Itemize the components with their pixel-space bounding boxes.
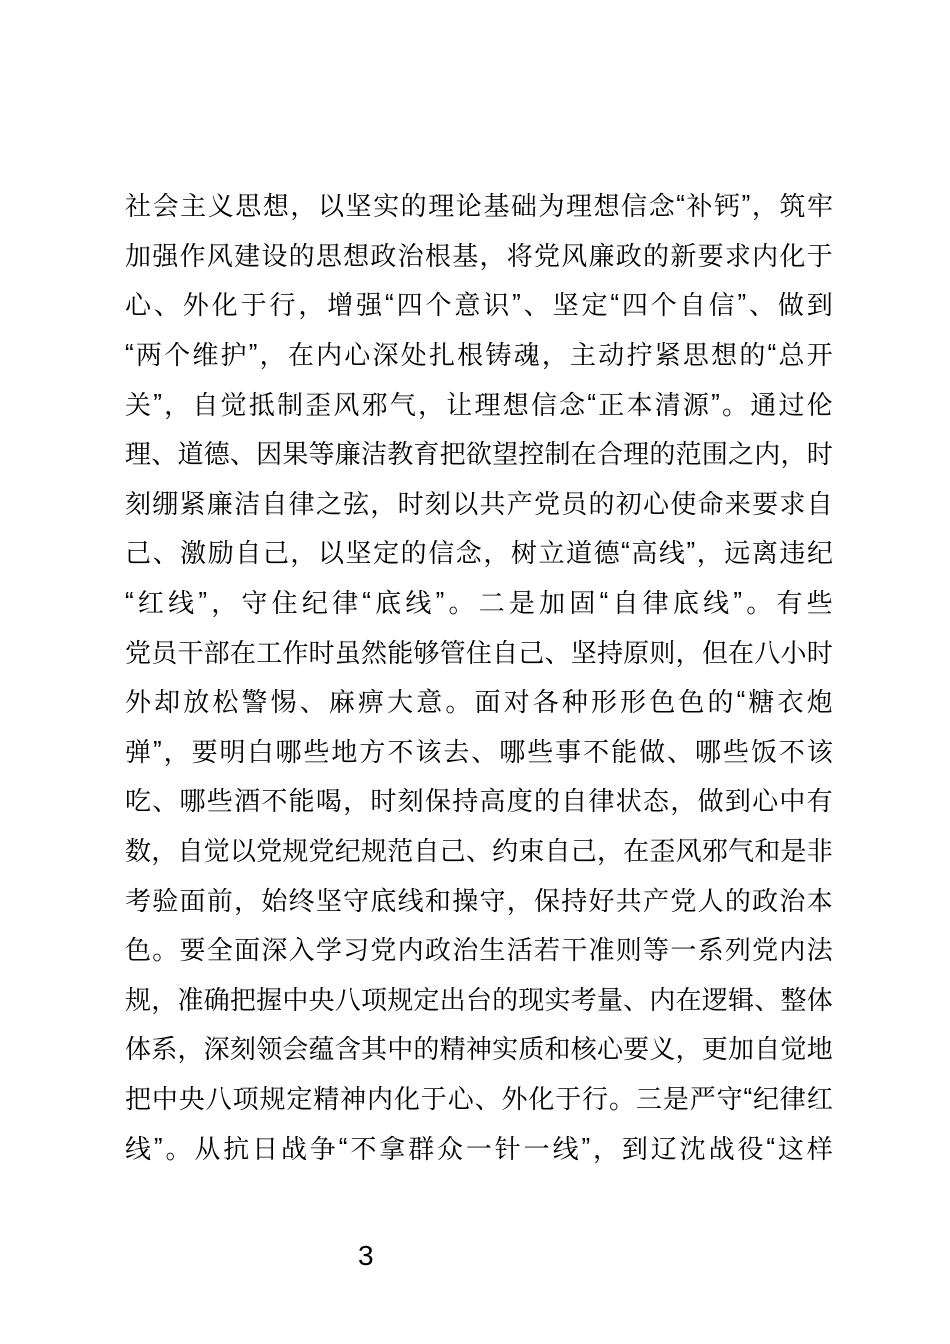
text-line: 社会主义思想，以坚实的理论基础为理想信念“补钙”，筑牢 bbox=[125, 180, 833, 230]
text-line: 心、外化于行，增强“四个意识”、坚定“四个自信”、做到 bbox=[125, 279, 833, 329]
document-page: 社会主义思想，以坚实的理论基础为理想信念“补钙”，筑牢加强作风建设的思想政治根基… bbox=[0, 0, 950, 1344]
text-line: 刻绷紧廉洁自律之弦，时刻以共产党员的初心使命来要求自 bbox=[125, 478, 833, 528]
text-line: 理、道德、因果等廉洁教育把欲望控制在合理的范围之内，时 bbox=[125, 428, 833, 478]
text-line: 吃、哪些酒不能喝，时刻保持高度的自律状态，做到心中有 bbox=[125, 775, 833, 825]
text-line: 关”，自觉抵制歪风邪气，让理想信念“正本清源”。通过伦 bbox=[125, 378, 833, 428]
text-line: 加强作风建设的思想政治根基，将党风廉政的新要求内化于 bbox=[125, 230, 833, 280]
text-line: 考验面前，始终坚守底线和操守，保持好共产党人的政治本 bbox=[125, 874, 833, 924]
document-body: 社会主义思想，以坚实的理论基础为理想信念“补钙”，筑牢加强作风建设的思想政治根基… bbox=[125, 180, 833, 1172]
text-line: 外却放松警惕、麻痹大意。面对各种形形色色的“糖衣炮 bbox=[125, 676, 833, 726]
text-line: 线”。从抗日战争“不拿群众一针一线”，到辽沈战役“这样 bbox=[125, 1122, 833, 1172]
text-line: 体系，深刻领会蕴含其中的精神实质和核心要义，更加自觉地 bbox=[125, 1023, 833, 1073]
text-line: 把中央八项规定精神内化于心、外化于行。三是严守“纪律红 bbox=[125, 1073, 833, 1123]
text-line: 己、激励自己，以坚定的信念，树立道德“高线”，远离违纪 bbox=[125, 527, 833, 577]
text-line: “红线”，守住纪律“底线”。二是加固“自律底线”。有些 bbox=[125, 577, 833, 627]
text-line: “两个维护”，在内心深处扎根铸魂，主动拧紧思想的“总开 bbox=[125, 329, 833, 379]
text-line: 党员干部在工作时虽然能够管住自己、坚持原则，但在八小时 bbox=[125, 626, 833, 676]
text-line: 规，准确把握中央八项规定出台的现实考量、内在逻辑、整体 bbox=[125, 974, 833, 1024]
text-line: 数，自觉以党规党纪规范自己、约束自己，在歪风邪气和是非 bbox=[125, 825, 833, 875]
page-number: 3 bbox=[358, 1240, 374, 1272]
text-line: 弹”，要明白哪些地方不该去、哪些事不能做、哪些饭不该 bbox=[125, 726, 833, 776]
text-line: 色。要全面深入学习党内政治生活若干准则等一系列党内法 bbox=[125, 924, 833, 974]
